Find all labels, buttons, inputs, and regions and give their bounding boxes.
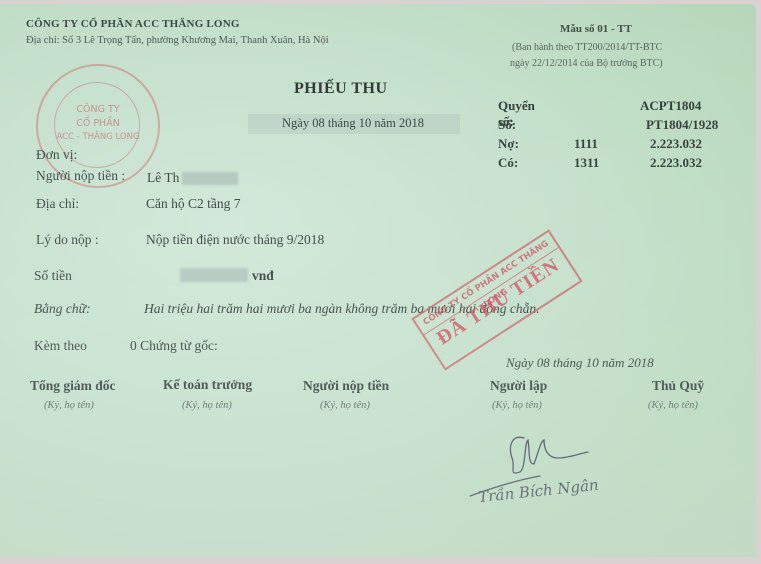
credit-label: Có:	[498, 155, 518, 171]
signature-title-chief-accountant: Kế toán trưởng	[163, 377, 252, 393]
signature-title-payer: Người nộp tiền	[303, 378, 389, 394]
signature-note-chief-accountant: (Ký, họ tên)	[182, 400, 232, 411]
company-address: Địa chỉ: Số 3 Lê Trọng Tấn, phường Khươn…	[26, 35, 329, 46]
debit-account: 1111	[574, 136, 598, 152]
amount-currency: vnđ	[252, 268, 274, 284]
signature-note-director: (Ký, họ tên)	[44, 400, 94, 411]
signature-note-payer: (Ký, họ tên)	[320, 400, 370, 411]
address-value: Căn hộ C2 tầng 7	[146, 196, 241, 212]
attached-label: Kèm theo	[34, 338, 87, 354]
handwritten-signature	[468, 424, 638, 534]
signature-note-cashier: (Ký, họ tên)	[648, 400, 698, 411]
document-title: PHIẾU THU	[294, 80, 388, 98]
amount-label: Số tiền	[34, 268, 72, 284]
payer-value: Lê Th	[147, 170, 179, 186]
signature-note-preparer: (Ký, họ tên)	[492, 400, 542, 411]
signing-date: Ngày 08 tháng 10 năm 2018	[506, 355, 654, 371]
signature-title-director: Tổng giám đốc	[30, 378, 116, 394]
unit-label: Đơn vị:	[36, 147, 77, 163]
receipt-paper: CÔNG TY CỔ PHẦN ACC THĂNG LONG Địa chỉ: …	[0, 4, 756, 557]
number-label: Số:	[498, 117, 516, 133]
in-words-label: Bằng chữ:	[34, 301, 90, 317]
debit-label: Nợ:	[498, 136, 519, 152]
number-value: PT1804/1928	[646, 117, 718, 133]
form-note-line2: ngày 22/12/2014 của Bộ trưởng BTC)	[510, 58, 663, 69]
seal-text-2: CỔ PHẦN	[38, 118, 158, 129]
credit-amount: 2.223.032	[650, 155, 702, 171]
document-date: Ngày 08 tháng 10 năm 2018	[282, 116, 424, 131]
signature-title-preparer: Người lập	[490, 378, 547, 394]
reason-value: Nộp tiền điện nước tháng 9/2018	[146, 232, 324, 248]
attached-value: 0 Chứng từ gốc:	[130, 338, 218, 354]
address-label: Địa chỉ:	[36, 196, 79, 212]
debit-amount: 2.223.032	[650, 136, 702, 152]
reason-label: Lý do nộp :	[36, 232, 99, 248]
seal-text-1: CÔNG TY	[38, 104, 158, 115]
paid-stamp: CÔNG TY CỔ PHẦN ACC THĂNG LONG ĐÃ THU TI…	[411, 229, 582, 370]
company-name: CÔNG TY CỔ PHẦN ACC THĂNG LONG	[26, 18, 240, 30]
form-code: Mẫu số 01 - TT	[560, 23, 632, 35]
credit-account: 1311	[574, 155, 599, 171]
signature-title-cashier: Thủ Quỹ	[652, 378, 704, 394]
seal-text-3: ACC - THĂNG LONG	[38, 132, 158, 142]
redacted-amount	[180, 268, 248, 282]
book-value: ACPT1804	[640, 98, 701, 114]
payer-label: Người nộp tiền :	[36, 168, 125, 184]
redacted-payer-name	[182, 172, 238, 185]
form-note-line1: (Ban hành theo TT200/2014/TT-BTC	[512, 42, 662, 53]
